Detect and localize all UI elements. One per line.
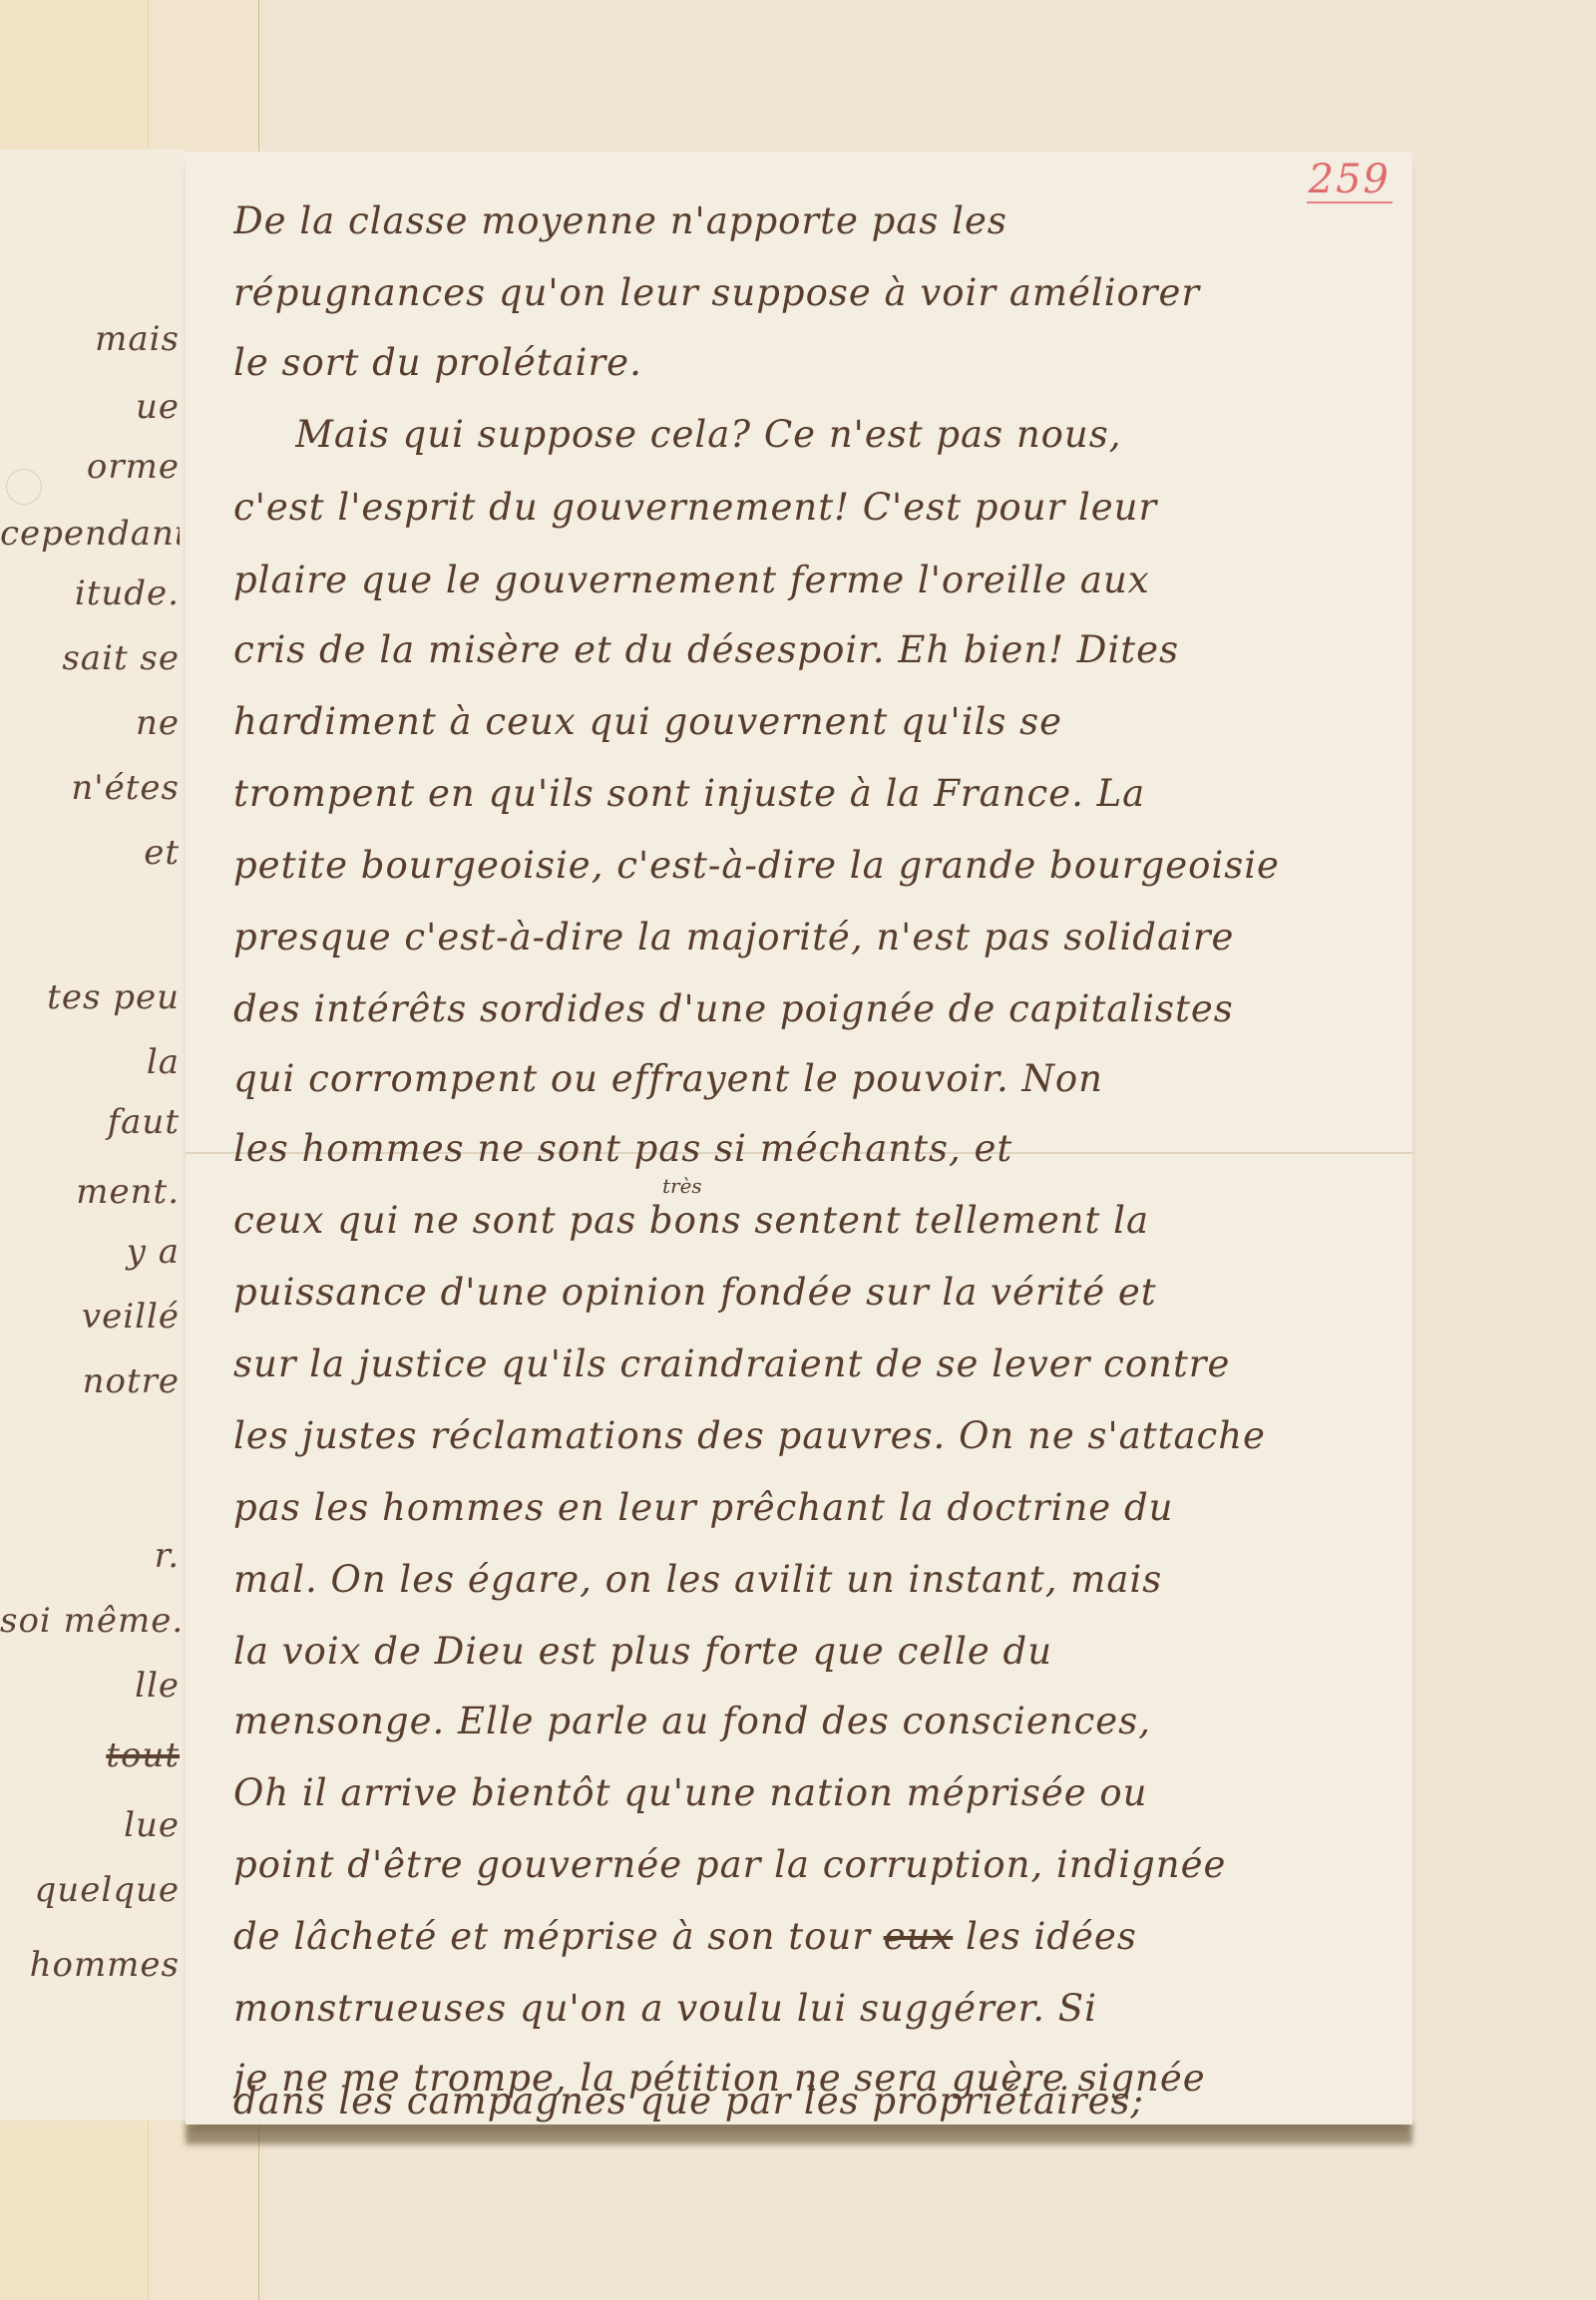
struck-word: eux <box>884 1915 954 1958</box>
left-fragment: orme <box>0 447 180 487</box>
text-line-last: dans les campagnes que par les propriéta… <box>233 2080 1396 2122</box>
left-fragment: lue <box>0 1805 180 1845</box>
text-line: les hommes ne sont pas si méchants, et <box>233 1127 1393 1170</box>
left-fragment-struck: tout <box>0 1735 180 1775</box>
left-fragment: ne <box>0 703 180 743</box>
text-line: petite bourgeoisie, c'est-à-dire la gran… <box>233 844 1393 887</box>
letter-shadow <box>186 2122 1412 2144</box>
left-facing-page: mais ue orme cependant itude. sait se ne… <box>0 150 187 2120</box>
left-fragment: y a <box>0 1232 180 1272</box>
text-segment: les idées <box>966 1915 1137 1958</box>
text-line: Oh il arrive bientôt qu'une nation mépri… <box>233 1771 1393 1814</box>
text-line: la voix de Dieu est plus forte que celle… <box>233 1630 1393 1673</box>
left-fragment: n'étes <box>0 768 180 808</box>
text-line: mensonge. Elle parle au fond des conscie… <box>233 1700 1393 1742</box>
left-fragment: hommes <box>0 1945 180 1985</box>
text-line: hardiment à ceux qui gouvernent qu'ils s… <box>233 700 1393 743</box>
text-line: le sort du prolétaire. <box>233 341 1393 384</box>
text-line: cris de la misère et du désespoir. Eh bi… <box>233 628 1393 671</box>
text-line: De la classe moyenne n'apporte pas les <box>233 199 1393 242</box>
text-line-with-deletion: de lâcheté et méprise à son tour eux les… <box>233 1915 1393 1958</box>
text-line: Mais qui suppose cela? Ce n'est pas nous… <box>295 413 1393 456</box>
text-line: trompent en qu'ils sont injuste à la Fra… <box>233 772 1393 815</box>
text-line: mal. On les égare, on les avilit un inst… <box>233 1558 1393 1601</box>
text-line: sur la justice qu'ils craindraient de se… <box>233 1342 1393 1385</box>
left-fragment: soi même. <box>0 1601 180 1641</box>
text-line: presque c'est-à-dire la majorité, n'est … <box>233 916 1393 958</box>
text-line: les justes réclamations des pauvres. On … <box>233 1414 1393 1457</box>
text-line: ceux qui ne sont pas bons sentent tellem… <box>233 1199 1393 1242</box>
text-line: plaire que le gouvernement ferme l'oreil… <box>233 559 1393 601</box>
left-fragment: mais <box>0 319 180 359</box>
left-fragment: itude. <box>0 574 180 613</box>
left-fragment: lle <box>0 1666 180 1706</box>
manuscript-letter-page: 259 De la classe moyenne n'apporte pas l… <box>186 152 1412 2124</box>
text-line: pas les hommes en leur prêchant la doctr… <box>233 1486 1393 1529</box>
text-line: répugnances qu'on leur suppose à voir am… <box>233 271 1393 314</box>
text-line: qui corrompent ou effrayent le pouvoir. … <box>233 1057 1393 1100</box>
left-fragment: cependant <box>0 514 180 554</box>
left-fragment: ue <box>0 387 180 427</box>
text-segment: de lâcheté et méprise à son tour <box>233 1915 871 1958</box>
left-fragment: r. <box>0 1536 180 1576</box>
text-line: c'est l'esprit du gouvernement! C'est po… <box>233 486 1393 529</box>
text-line: puissance d'une opinion fondée sur la vé… <box>233 1271 1393 1314</box>
left-fragment: et <box>0 833 180 873</box>
interlinear-insertion: très <box>662 1174 702 1198</box>
left-fragment: la <box>0 1042 180 1082</box>
left-fragment: notre <box>0 1361 180 1401</box>
text-line: monstrueuses qu'on a voulu lui suggérer.… <box>233 1987 1393 2030</box>
text-line: point d'être gouvernée par la corruption… <box>233 1843 1393 1886</box>
left-fragment: veillé <box>0 1297 180 1337</box>
left-fragment: ment. <box>0 1172 180 1212</box>
left-fragment: sait se <box>0 638 180 678</box>
text-line: des intérêts sordides d'une poignée de c… <box>233 987 1393 1030</box>
left-fragment: faut <box>0 1102 180 1142</box>
left-fragment: quelque <box>0 1870 180 1910</box>
folio-number: 259 <box>1307 158 1393 203</box>
left-fragment: tes peu <box>0 977 180 1017</box>
